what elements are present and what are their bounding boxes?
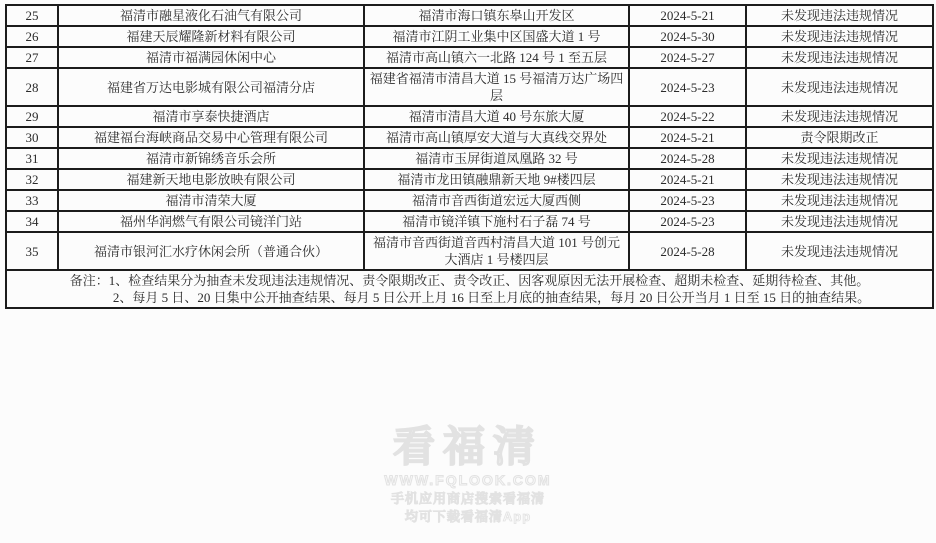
company-name-cell: 福清市银河汇水疗休闲会所（普通合伙） [58,232,364,270]
row-number-cell: 25 [6,5,58,26]
inspection-date-cell: 2024-5-30 [629,26,746,47]
watermark-tagline-2: 均可下载看福清App [0,509,936,525]
table-row: 34福州华润燃气有限公司镜洋门站福清市镜洋镇下施村石子磊 74 号2024-5-… [6,211,933,232]
table-row: 30福建福台海峡商品交易中心管理有限公司福清市高山镇厚安大道与大真线交界处202… [6,127,933,148]
notes-label: 备注： [70,273,109,288]
notes-line1-text: 1、检查结果分为抽查未发现违法违规情况、责令限期改正、责令改正、因客观原因无法开… [109,273,870,288]
address-cell: 福建省福清市清昌大道 15 号福清万达广场四层 [364,68,629,106]
row-number-cell: 33 [6,190,58,211]
inspection-result-cell: 未发现违法违规情况 [746,106,933,127]
address-cell: 福清市清昌大道 40 号东旅大厦 [364,106,629,127]
row-number-cell: 35 [6,232,58,270]
inspection-result-cell: 未发现违法违规情况 [746,232,933,270]
inspection-result-cell: 未发现违法违规情况 [746,26,933,47]
notes-line-1: 备注：1、检查结果分为抽查未发现违法违规情况、责令限期改正、责令改正、因客观原因… [11,272,928,289]
inspection-result-cell: 未发现违法违规情况 [746,190,933,211]
inspection-table-body: 25福清市融星液化石油气有限公司福清市海口镇东皋山开发区2024-5-21未发现… [6,5,933,270]
inspection-result-cell: 未发现违法违规情况 [746,148,933,169]
row-number-cell: 29 [6,106,58,127]
address-cell: 福清市龙田镇融鼎新天地 9#楼四层 [364,169,629,190]
notes-line-2: 2、每月 5 日、20 日集中公开抽查结果、每月 5 日公开上月 16 日至上月… [11,289,928,306]
notes-section: 备注：1、检查结果分为抽查未发现违法违规情况、责令限期改正、责令改正、因客观原因… [6,270,933,308]
inspection-date-cell: 2024-5-22 [629,106,746,127]
table-row: 27福清市福满园休闲中心福清市高山镇六一北路 124 号 1 至五层2024-5… [6,47,933,68]
table-row: 32福建新天地电影放映有限公司福清市龙田镇融鼎新天地 9#楼四层2024-5-2… [6,169,933,190]
address-cell: 福清市音西街道音西村清昌大道 101 号创元大酒店 1 号楼四层 [364,232,629,270]
row-number-cell: 30 [6,127,58,148]
company-name-cell: 福清市新锦绣音乐会所 [58,148,364,169]
table-row: 26福建天辰耀隆新材料有限公司福清市江阴工业集中区国盛大道 1 号2024-5-… [6,26,933,47]
row-number-cell: 26 [6,26,58,47]
watermark-logo-text: 看福清 [0,424,936,470]
address-cell: 福清市江阴工业集中区国盛大道 1 号 [364,26,629,47]
company-name-cell: 福清市清荣大厦 [58,190,364,211]
company-name-cell: 福建福台海峡商品交易中心管理有限公司 [58,127,364,148]
company-name-cell: 福清市享泰快捷酒店 [58,106,364,127]
inspection-date-cell: 2024-5-23 [629,211,746,232]
company-name-cell: 福州华润燃气有限公司镜洋门站 [58,211,364,232]
inspection-result-cell: 未发现违法违规情况 [746,47,933,68]
table-row: 25福清市融星液化石油气有限公司福清市海口镇东皋山开发区2024-5-21未发现… [6,5,933,26]
inspection-result-cell: 责令限期改正 [746,127,933,148]
notes-cell: 备注：1、检查结果分为抽查未发现违法违规情况、责令限期改正、责令改正、因客观原因… [6,270,933,308]
table-row: 35福清市银河汇水疗休闲会所（普通合伙）福清市音西街道音西村清昌大道 101 号… [6,232,933,270]
inspection-results-table: 25福清市融星液化石油气有限公司福清市海口镇东皋山开发区2024-5-21未发现… [5,4,934,309]
row-number-cell: 27 [6,47,58,68]
inspection-result-cell: 未发现违法违规情况 [746,5,933,26]
watermark: 看福清 WWW.FQLOOK.COM 手机应用商店搜索看福清 均可下载看福清Ap… [0,424,936,525]
table-row: 28福建省万达电影城有限公司福清分店福建省福清市清昌大道 15 号福清万达广场四… [6,68,933,106]
inspection-date-cell: 2024-5-28 [629,232,746,270]
address-cell: 福清市玉屏街道凤凰路 32 号 [364,148,629,169]
inspection-date-cell: 2024-5-23 [629,190,746,211]
row-number-cell: 34 [6,211,58,232]
company-name-cell: 福建天辰耀隆新材料有限公司 [58,26,364,47]
inspection-date-cell: 2024-5-21 [629,127,746,148]
inspection-result-cell: 未发现违法违规情况 [746,211,933,232]
row-number-cell: 32 [6,169,58,190]
watermark-url: WWW.FQLOOK.COM [0,471,936,489]
table-row: 31福清市新锦绣音乐会所福清市玉屏街道凤凰路 32 号2024-5-28未发现违… [6,148,933,169]
address-cell: 福清市音西街道宏远大厦西侧 [364,190,629,211]
inspection-result-cell: 未发现违法违规情况 [746,68,933,106]
company-name-cell: 福建省万达电影城有限公司福清分店 [58,68,364,106]
company-name-cell: 福建新天地电影放映有限公司 [58,169,364,190]
notes-row: 备注：1、检查结果分为抽查未发现违法违规情况、责令限期改正、责令改正、因客观原因… [6,270,933,308]
address-cell: 福清市高山镇厚安大道与大真线交界处 [364,127,629,148]
inspection-date-cell: 2024-5-23 [629,68,746,106]
row-number-cell: 31 [6,148,58,169]
inspection-date-cell: 2024-5-28 [629,148,746,169]
table-row: 29福清市享泰快捷酒店福清市清昌大道 40 号东旅大厦2024-5-22未发现违… [6,106,933,127]
table-row: 33福清市清荣大厦福清市音西街道宏远大厦西侧2024-5-23未发现违法违规情况 [6,190,933,211]
company-name-cell: 福清市福满园休闲中心 [58,47,364,68]
company-name-cell: 福清市融星液化石油气有限公司 [58,5,364,26]
inspection-date-cell: 2024-5-27 [629,47,746,68]
inspection-date-cell: 2024-5-21 [629,5,746,26]
address-cell: 福清市高山镇六一北路 124 号 1 至五层 [364,47,629,68]
watermark-tagline-1: 手机应用商店搜索看福清 [0,491,936,507]
address-cell: 福清市海口镇东皋山开发区 [364,5,629,26]
scanned-document-page: 25福清市融星液化石油气有限公司福清市海口镇东皋山开发区2024-5-21未发现… [0,0,936,543]
address-cell: 福清市镜洋镇下施村石子磊 74 号 [364,211,629,232]
row-number-cell: 28 [6,68,58,106]
inspection-date-cell: 2024-5-21 [629,169,746,190]
inspection-result-cell: 未发现违法违规情况 [746,169,933,190]
